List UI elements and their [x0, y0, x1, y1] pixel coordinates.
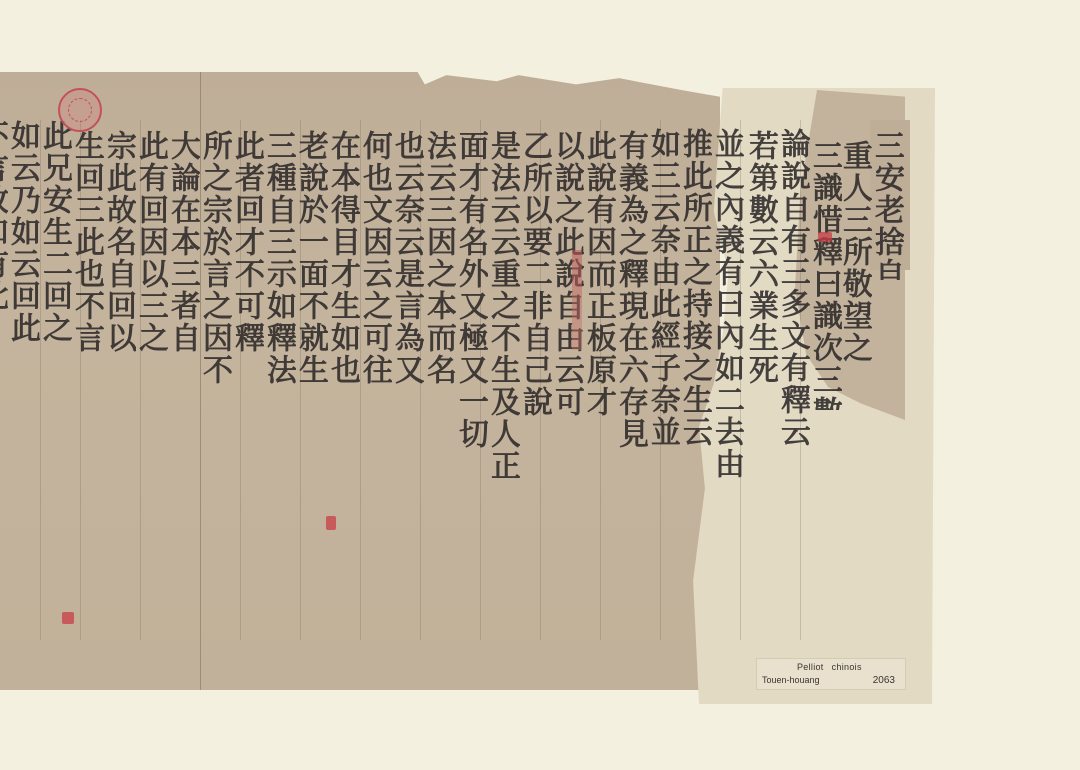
text-column: 生回三此也不言: [68, 130, 104, 670]
text-column: 宗此故名自回以: [100, 130, 136, 670]
label-language: chinois: [832, 662, 862, 672]
text-column: 老說於一面不就生: [292, 130, 328, 670]
text-column: 此有回因以三之: [132, 130, 168, 670]
text-column: 也云奈云是言為又: [388, 130, 424, 670]
label-site: Touen-houang: [762, 675, 820, 685]
text-column: 三識惜釋曰識次三數: [806, 140, 842, 410]
text-column: 大論在本三者自: [164, 130, 200, 670]
library-seal-stamp: [58, 88, 102, 132]
label-collection-line: Pelliotchinois: [797, 662, 862, 672]
text-column: 三安老捨自: [868, 130, 904, 280]
label-number: 2063: [873, 675, 895, 686]
collection-label: Pelliotchinois Touen-houang 2063: [756, 658, 906, 690]
text-column: 此兄安生二回之: [36, 120, 72, 660]
text-column: 並之內義有曰內如二去由: [708, 128, 744, 548]
text-column: 是法云云重之不生及人正: [484, 130, 520, 670]
text-column: 乙所以要二非自己說: [516, 130, 552, 670]
text-column: 三種自三示如釋法: [260, 130, 296, 670]
text-column: 所之宗於言之因不: [196, 130, 232, 670]
vertical-seal-stamp: [572, 250, 582, 350]
text-column: 法云三因之本而名: [420, 130, 456, 670]
red-annotation-mark: [326, 516, 336, 530]
text-column: 何也文因云之可往: [356, 130, 392, 670]
text-column: 以說之此說自由云可: [548, 130, 584, 670]
text-column: 論說自有三多文有釋云是: [774, 128, 810, 448]
text-column: 此說有因而正板原才: [580, 130, 616, 670]
label-collection: Pelliot: [797, 662, 824, 672]
text-column: 有義為之釋現在六存見: [612, 130, 648, 670]
text-column: 推此所正之持接之生云: [676, 128, 712, 668]
text-column: 在本得目才生如也: [324, 130, 360, 670]
text-column: 如云乃如云回此: [4, 120, 40, 660]
red-annotation-mark: [818, 232, 832, 242]
text-column: 面才有名外又極又一切: [452, 130, 488, 670]
text-column: 不言故如有此: [0, 120, 8, 660]
text-column: 如三云奈由此經子奈並: [644, 128, 680, 668]
text-column: 此者回才不可釋: [228, 130, 264, 670]
text-column: 若第數云六業生死: [742, 130, 778, 390]
red-annotation-mark: [62, 612, 74, 624]
